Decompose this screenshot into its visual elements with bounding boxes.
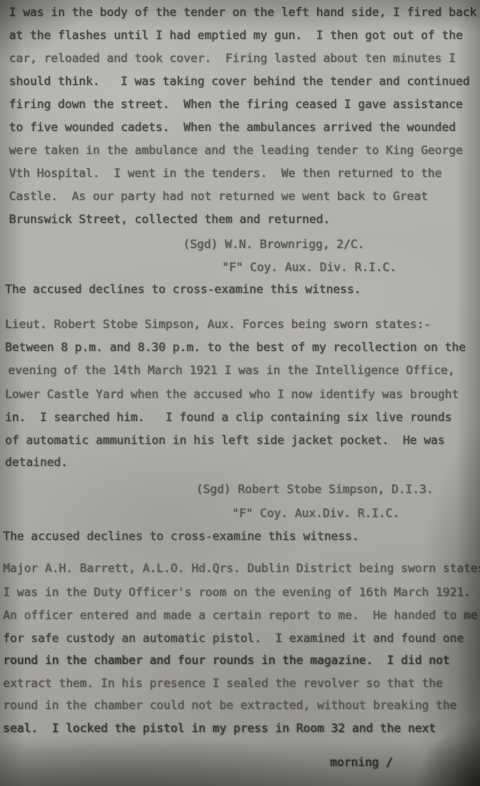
document-line-body: Lower Castle Yard when the accused who I…	[5, 387, 459, 401]
scanned-document-page: I was in the body of the tender on the l…	[0, 0, 480, 786]
document-line-body: at the flashes until I had emptied my gu…	[9, 28, 463, 42]
document-line-body: I was in the body of the tender on the l…	[9, 5, 477, 19]
document-line-body: round in the chamber and four rounds in …	[3, 653, 450, 667]
document-text-layer: I was in the body of the tender on the l…	[0, 0, 480, 786]
document-line-unit: "F" Coy. Aux.Div. R.I.C.	[232, 506, 400, 520]
document-line-signature: (Sgd) Robert Stobe Simpson, D.I.3.	[196, 482, 433, 496]
document-line-body: Vth Hospital. I went in the tenders. We …	[9, 166, 442, 180]
document-line-body: round in the chamber could not be extrac…	[3, 698, 457, 712]
document-line-body: Lieut. Robert Stobe Simpson, Aux. Forces…	[5, 317, 431, 331]
document-line-body: to five wounded cadets. When the ambulan…	[9, 120, 456, 134]
document-line-body: car, reloaded and took cover. Firing las…	[9, 51, 456, 65]
document-line-attestation: The accused declines to cross-examine th…	[3, 529, 359, 543]
document-line-body: were taken in the ambulance and the lead…	[9, 143, 463, 157]
document-line-unit: "F" Coy. Aux. Div. R.I.C.	[222, 260, 397, 274]
document-line-continuation: morning /	[330, 755, 393, 769]
document-line-attestation: The accused declines to cross-examine th…	[5, 282, 361, 296]
document-line-body: detained.	[5, 455, 68, 469]
document-line-body: for safe custody an automatic pistol. I …	[3, 631, 464, 645]
document-line-body: seal. I locked the pistol in my press in…	[3, 721, 436, 735]
document-line-body: extract them. In his presence I sealed t…	[3, 676, 443, 690]
document-line-body: I was in the Duty Officer's room on the …	[3, 585, 471, 599]
document-line-body: An officer entered and made a certain re…	[3, 608, 478, 622]
document-line-body: should think. I was taking cover behind …	[9, 74, 470, 88]
document-line-body: evening of the 14th March 1921 I was in …	[8, 363, 455, 377]
document-line-body: in. I searched him. I found a clip conta…	[5, 410, 452, 424]
document-line-body: of automatic ammunition in his left side…	[5, 433, 445, 447]
document-line-body: Major A.H. Barrett, A.L.O. Hd.Qrs. Dubli…	[3, 561, 480, 575]
document-line-body: Between 8 p.m. and 8.30 p.m. to the best…	[5, 340, 466, 354]
document-line-signature: (Sgd) W.N. Brownrigg, 2/C.	[183, 237, 364, 251]
document-line-body: firing down the street. When the firing …	[9, 97, 463, 111]
document-line-body: Brunswick Street, collected them and ret…	[9, 212, 330, 226]
document-line-body: Castle. As our party had not returned we…	[9, 189, 428, 203]
